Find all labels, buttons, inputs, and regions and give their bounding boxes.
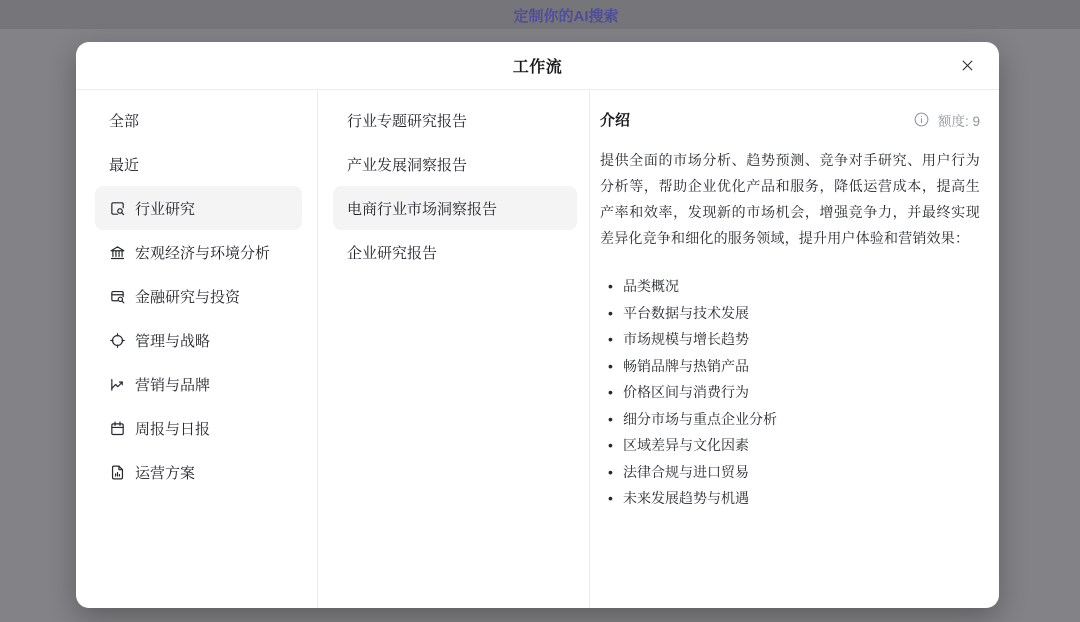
sidebar-item-label: 最近 (109, 154, 139, 175)
workflow-column: 行业专题研究报告 产业发展洞察报告 电商行业市场洞察报告 企业研究报告 (318, 90, 590, 608)
detail-header: 介绍 额度: 9 (600, 109, 980, 130)
sidebar-item[interactable]: 全部 (95, 98, 302, 142)
category-sidebar: 全部 最近 行业研究 宏观经济与环境分析 金融研究与投资 管理与战略 营销与 (76, 90, 318, 608)
detail-bullet-item: 平台数据与技术发展 (608, 300, 980, 327)
detail-heading: 介绍 (600, 109, 630, 130)
sidebar-item-label: 宏观经济与环境分析 (135, 242, 270, 263)
card-search-icon (109, 288, 126, 305)
sidebar-item[interactable]: 营销与品牌 (95, 362, 302, 406)
sidebar-item-label: 周报与日报 (135, 418, 210, 439)
sidebar-item[interactable]: 行业研究 (95, 186, 302, 230)
workflow-item-label: 产业发展洞察报告 (347, 154, 467, 175)
customize-ai-search-link[interactable]: 定制你的AI搜索 (513, 5, 618, 26)
file-search-icon (109, 200, 126, 217)
detail-bullet-item: 市场规模与增长趋势 (608, 326, 980, 353)
detail-bullet-item: 法律合规与进口贸易 (608, 459, 980, 486)
close-button[interactable] (956, 55, 978, 77)
detail-description: 提供全面的市场分析、趋势预测、竞争对手研究、用户行为分析等，帮助企业优化产品和服… (600, 147, 980, 251)
workflow-item[interactable]: 产业发展洞察报告 (333, 142, 577, 186)
sidebar-item-label: 金融研究与投资 (135, 286, 240, 307)
workflow-list: 行业专题研究报告 产业发展洞察报告 电商行业市场洞察报告 企业研究报告 (333, 98, 577, 274)
detail-bullet-item: 区域差异与文化因素 (608, 432, 980, 459)
workflow-item[interactable]: 企业研究报告 (333, 230, 577, 274)
sidebar-item[interactable]: 周报与日报 (95, 406, 302, 450)
sidebar-item[interactable]: 运营方案 (95, 450, 302, 494)
sidebar-item[interactable]: 宏观经济与环境分析 (95, 230, 302, 274)
sidebar-item[interactable]: 最近 (95, 142, 302, 186)
quota-label: 额度: 9 (938, 110, 980, 130)
sidebar-item-label: 行业研究 (135, 198, 195, 219)
sidebar-item-label: 管理与战略 (135, 330, 210, 351)
workflow-modal: 工作流 全部 最近 行业研究 宏观经济与环境分析 金融研究与投资 (76, 42, 999, 608)
bank-icon (109, 244, 126, 261)
detail-bullet-item: 品类概况 (608, 273, 980, 300)
detail-bullet-item: 细分市场与重点企业分析 (608, 406, 980, 433)
modal-body: 全部 最近 行业研究 宏观经济与环境分析 金融研究与投资 管理与战略 营销与 (76, 90, 999, 608)
quota-badge: 额度: 9 (913, 110, 980, 130)
sidebar-item-label: 全部 (109, 110, 139, 131)
workflow-item-label: 行业专题研究报告 (347, 110, 467, 131)
detail-bullet-list: 品类概况平台数据与技术发展市场规模与增长趋势畅销品牌与热销产品价格区间与消费行为… (600, 273, 980, 512)
detail-bullet-item: 未来发展趋势与机遇 (608, 485, 980, 512)
sidebar-item[interactable]: 金融研究与投资 (95, 274, 302, 318)
workflow-item-label: 电商行业市场洞察报告 (347, 198, 497, 219)
file-chart-icon (109, 464, 126, 481)
detail-panel: 介绍 额度: 9 提供全面的市场分析、趋势预测、竞争对手研究、用户行为分析等，帮… (590, 90, 999, 608)
modal-header: 工作流 (76, 42, 999, 90)
workflow-item-label: 企业研究报告 (347, 242, 437, 263)
sidebar-item-label: 运营方案 (135, 462, 195, 483)
workflow-item[interactable]: 行业专题研究报告 (333, 98, 577, 142)
sidebar-item-label: 营销与品牌 (135, 374, 210, 395)
info-icon[interactable] (913, 111, 930, 128)
trend-up-icon (109, 376, 126, 393)
category-list: 全部 最近 行业研究 宏观经济与环境分析 金融研究与投资 管理与战略 营销与 (95, 98, 302, 494)
calendar-icon (109, 420, 126, 437)
close-icon (960, 58, 975, 73)
detail-bullet-item: 价格区间与消费行为 (608, 379, 980, 406)
sidebar-item[interactable]: 管理与战略 (95, 318, 302, 362)
target-icon (109, 332, 126, 349)
modal-title: 工作流 (513, 54, 563, 77)
workflow-item[interactable]: 电商行业市场洞察报告 (333, 186, 577, 230)
detail-bullet-item: 畅销品牌与热销产品 (608, 353, 980, 380)
